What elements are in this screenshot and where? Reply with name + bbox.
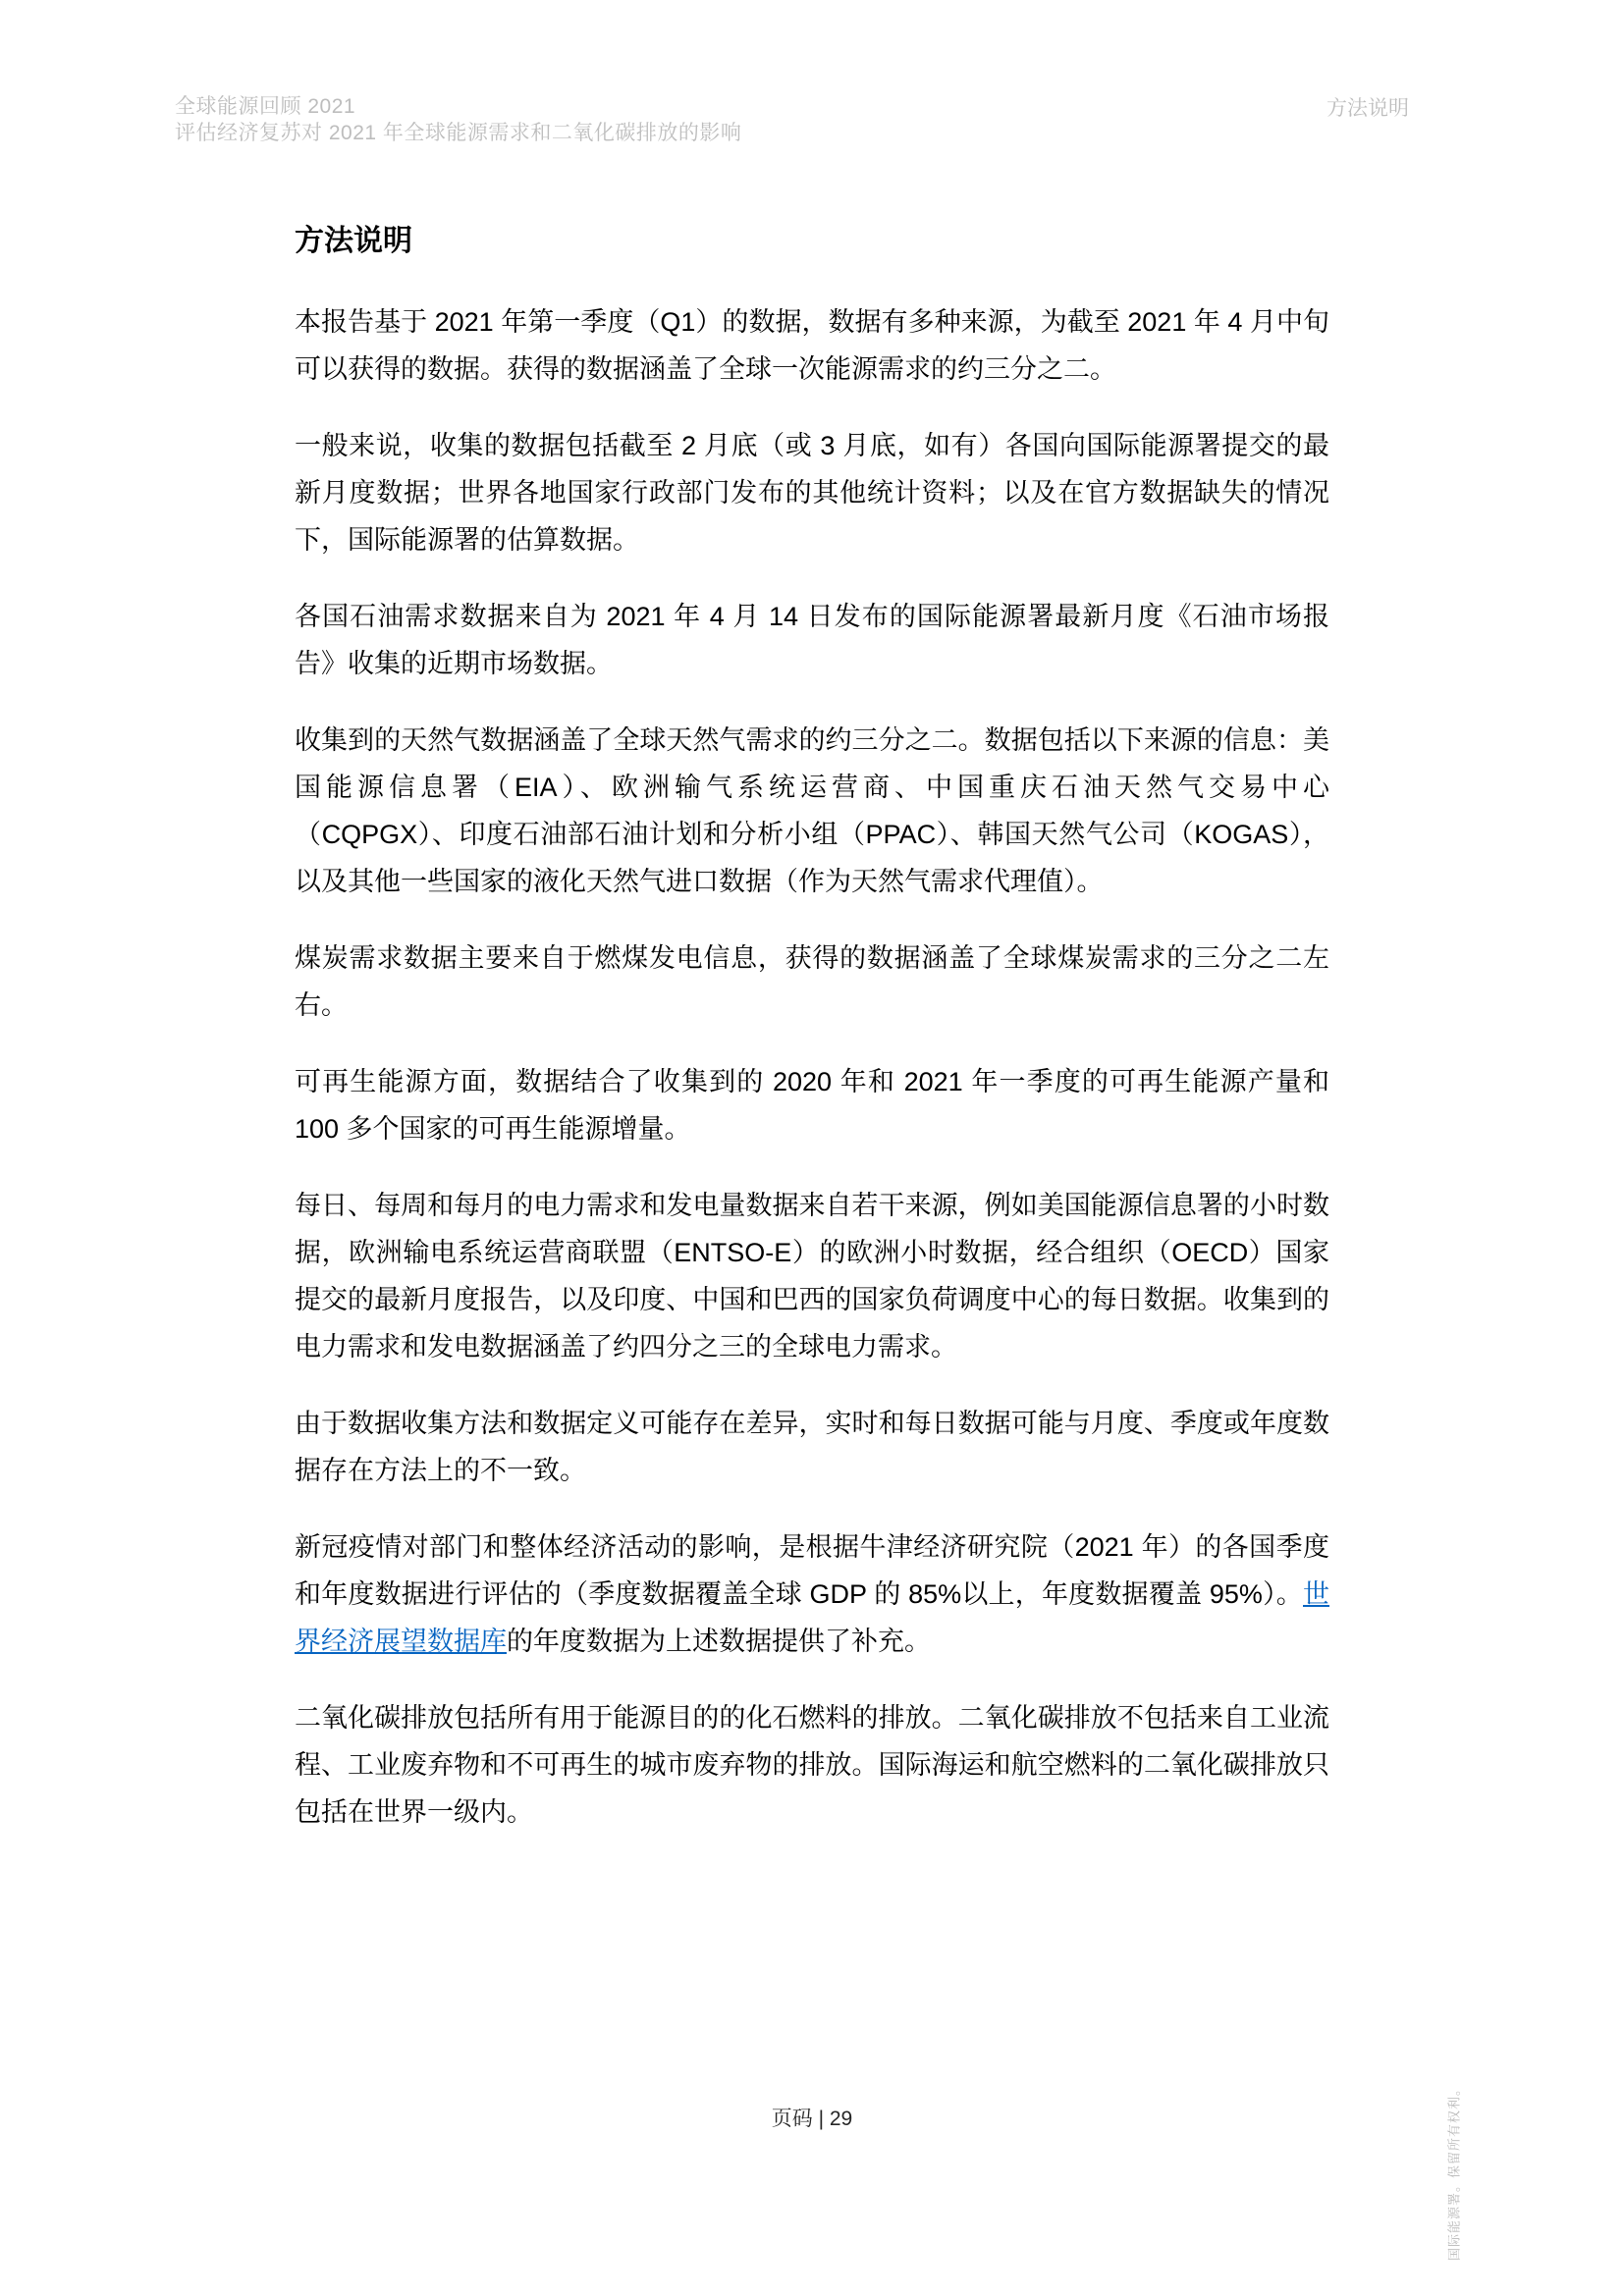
document-page: 全球能源回顾 2021 评估经济复苏对 2021 年全球能源需求和二氧化碳排放的… xyxy=(0,0,1624,2296)
covid-gdp-text-pre: 新冠疫情对部门和整体经济活动的影响，是根据牛津经济研究院（2021 年）的各国季… xyxy=(295,1532,1329,1609)
paragraph-oil-data: 各国石油需求数据来自为 2021 年 4 月 14 日发布的国际能源署最新月度《… xyxy=(295,593,1329,687)
paragraph-renewables-data: 可再生能源方面，数据结合了收集到的 2020 年和 2021 年一季度的可再生能… xyxy=(295,1058,1329,1152)
covid-gdp-text-post: 的年度数据为上述数据提供了补充。 xyxy=(507,1627,931,1656)
page-number-footer: 页码 | 29 xyxy=(0,2103,1624,2132)
page-title: 方法说明 xyxy=(295,216,1329,259)
paragraph-report-basis: 本报告基于 2021 年第一季度（Q1）的数据，数据有多种来源，为截至 2021… xyxy=(295,298,1329,393)
doc-subtitle: 评估经济复苏对 2021 年全球能源需求和二氧化碳排放的影响 xyxy=(175,120,741,146)
doc-title: 全球能源回顾 2021 xyxy=(175,93,741,120)
paragraph-electricity-data: 每日、每周和每月的电力需求和发电量数据来自若干来源，例如美国能源信息署的小时数据… xyxy=(295,1182,1329,1370)
paragraph-co2-emissions: 二氧化碳排放包括所有用于能源目的的化石燃料的排放。二氧化碳排放不包括来自工业流程… xyxy=(295,1694,1329,1836)
paragraph-gas-data: 收集到的天然气数据涵盖了全球天然气需求的约三分之二。数据包括以下来源的信息：美国… xyxy=(295,717,1329,905)
paragraph-methodology-consistency: 由于数据收集方法和数据定义可能存在差异，实时和每日数据可能与月度、季度或年度数据… xyxy=(295,1400,1329,1494)
paragraph-data-collection: 一般来说，收集的数据包括截至 2 月底（或 3 月底，如有）各国向国际能源署提交… xyxy=(295,422,1329,563)
running-header-section: 方法说明 xyxy=(1326,95,1409,122)
main-content: 方法说明 本报告基于 2021 年第一季度（Q1）的数据，数据有多种来源，为截至… xyxy=(295,216,1329,1865)
paragraph-coal-data: 煤炭需求数据主要来自于燃煤发电信息，获得的数据涵盖了全球煤炭需求的三分之二左右。 xyxy=(295,934,1329,1029)
copyright-side-note: 国际能源署。保留所有权利。 xyxy=(1444,2082,1463,2261)
running-header-left: 全球能源回顾 2021 评估经济复苏对 2021 年全球能源需求和二氧化碳排放的… xyxy=(175,93,741,146)
paragraph-covid-gdp: 新冠疫情对部门和整体经济活动的影响，是根据牛津经济研究院（2021 年）的各国季… xyxy=(295,1523,1329,1665)
